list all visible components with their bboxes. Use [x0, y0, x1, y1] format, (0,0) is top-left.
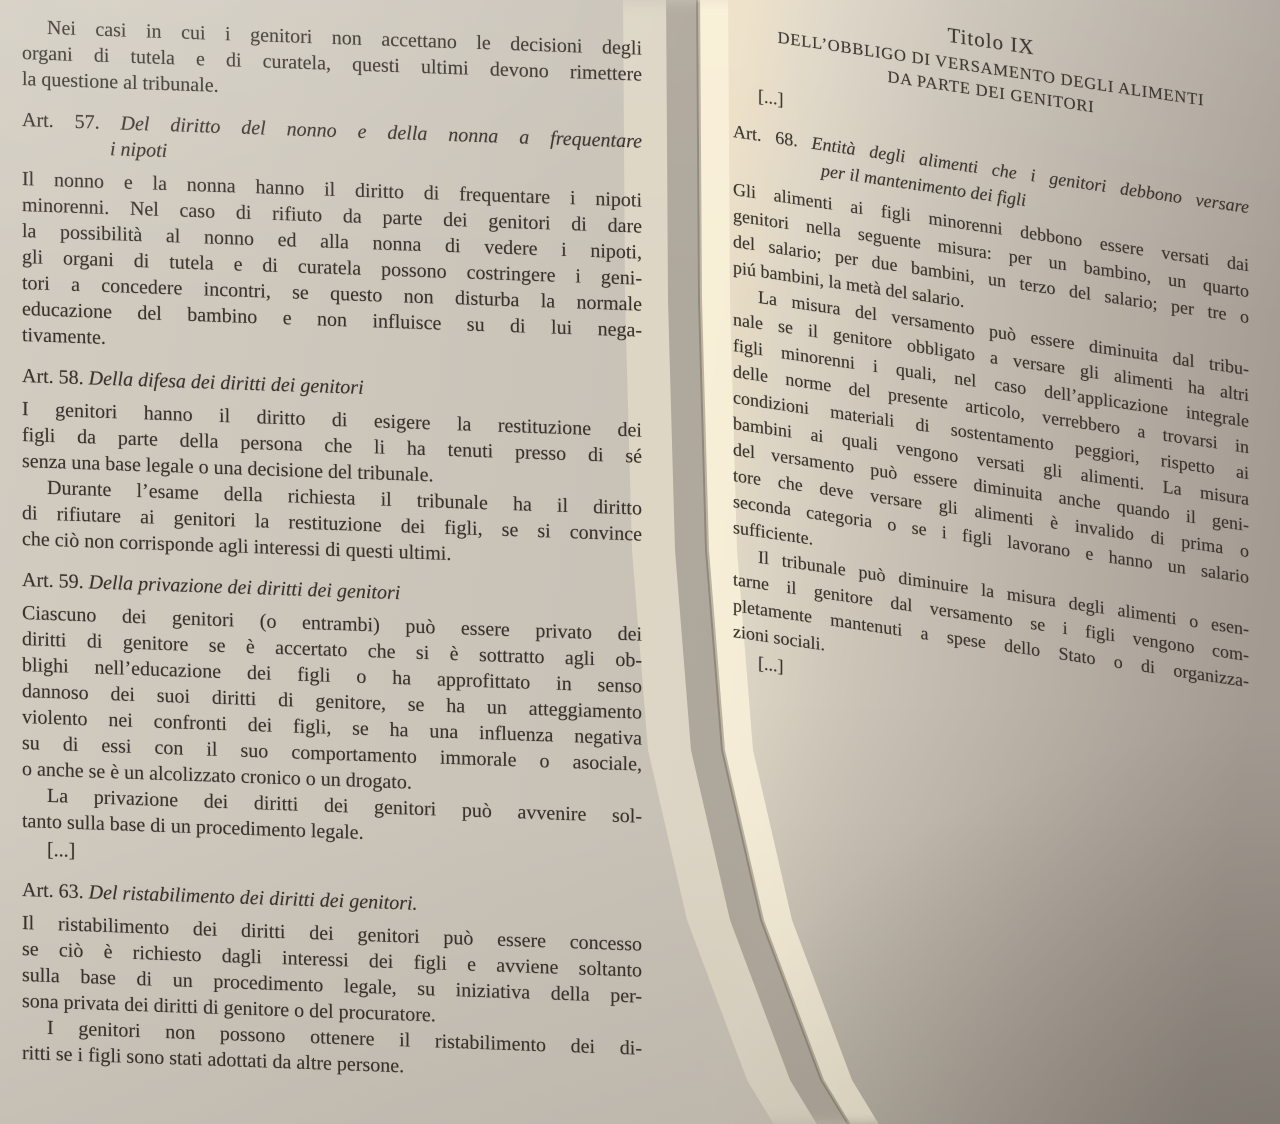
- book-photo: Nei casi in cui i genitori non accettano…: [0, 0, 1280, 1124]
- paragraph: Il nonno e la nonna hanno il diritto di …: [22, 166, 642, 370]
- article-title: Della difesa dei diritti dei genitori: [89, 367, 364, 399]
- article-number: Art. 63.: [22, 879, 89, 903]
- article-number: Art. 59.: [22, 569, 89, 593]
- article-number: Art. 68.: [733, 121, 812, 153]
- article-title: Della privazione dei diritti dei genitor…: [89, 571, 401, 604]
- right-page-blocks: [...]Art. 68. Entità degli alimenti che …: [733, 79, 1249, 748]
- left-page-blocks: Nei casi in cui i genitori non accettano…: [22, 14, 642, 1088]
- left-page-text: Nei casi in cui i genitori non accettano…: [22, 14, 642, 1088]
- paragraph: Ciascuno dei genitori (o entrambi) può e…: [22, 600, 642, 804]
- article-number: Art. 58.: [22, 365, 89, 389]
- article-title: Del ristabilimento dei diritti dei genit…: [89, 881, 418, 914]
- right-page-text: Titolo IX DELL’OBBLIGO DI VERSAMENTO DEG…: [733, 0, 1249, 748]
- article-number: Art. 57.: [22, 109, 121, 134]
- article-title: i nipoti: [110, 138, 167, 162]
